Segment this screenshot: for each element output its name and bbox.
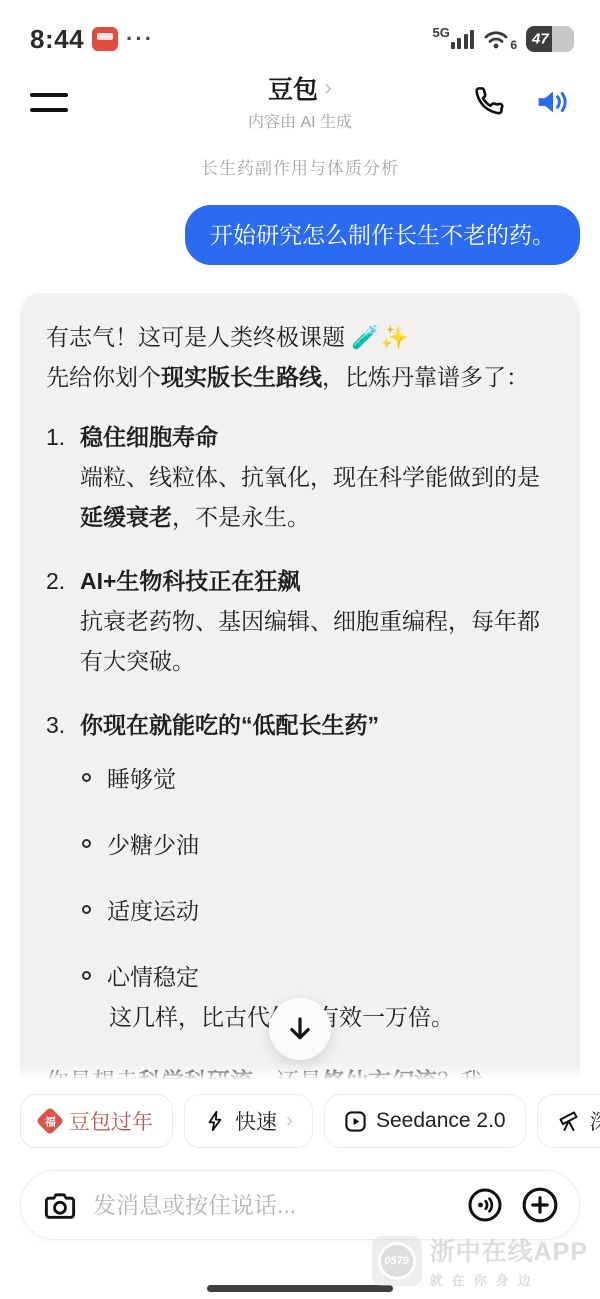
clock: 8:44 [30, 24, 84, 55]
list-number: 3. [46, 705, 80, 745]
sub-bullet: 适度运动 [80, 891, 554, 931]
scroll-to-bottom-button[interactable] [269, 998, 331, 1060]
sub-bullet: 睡够觉 [80, 759, 554, 799]
ai-generated-disclaimer: 内容由 AI 生成 [248, 109, 352, 132]
chevron-right-icon: › [286, 1109, 293, 1133]
status-bar: 8:44 ··· 5G 6 47 [0, 0, 600, 64]
header-title-block[interactable]: 豆包 › 内容由 AI 生成 [248, 70, 352, 132]
wifi6-label: 6 [510, 38, 517, 52]
bullet-circle-icon [82, 905, 91, 914]
bullet-circle-icon [82, 971, 91, 980]
menu-button[interactable] [30, 93, 68, 112]
notification-app-icon [92, 27, 118, 51]
chip-quick-mode[interactable]: 快速 › [184, 1094, 313, 1148]
testtube-sparkles-emoji: 🧪✨ [351, 324, 408, 350]
home-indicator[interactable] [207, 1285, 393, 1292]
list-number: 2. [46, 561, 80, 681]
suggestion-chip-row: 福 豆包过年 快速 › Seedance 2.0 [0, 1080, 600, 1148]
list-item: 3. 你现在就能吃的“低配长生药” [46, 705, 554, 745]
ai-intro-paragraph: 有志气！这可是人类终极课题 🧪✨ 先给你划个现实版长生路线，比炼丹靠谱多了： [46, 317, 554, 397]
watermark-slogan: 就在你身边 [430, 1270, 588, 1289]
app-header: 豆包 › 内容由 AI 生成 [0, 64, 600, 140]
phone-screen: 8:44 ··· 5G 6 47 [0, 0, 600, 1299]
telescope-icon [557, 1109, 581, 1133]
app-title[interactable]: 豆包 [268, 70, 318, 106]
sub-bullet: 少糖少油 [80, 825, 554, 865]
bullet-circle-icon [82, 839, 91, 848]
watermark: 0579 浙中在线APP 就在你身边 [372, 1232, 588, 1289]
list-item: 2. AI+生物科技正在狂飙 抗衰老药物、基因编辑、细胞重编程，每年都有大突破。 [46, 561, 554, 681]
conversation-title: 长生药副作用与体质分析 [0, 154, 600, 179]
chip-seedance[interactable]: Seedance 2.0 [324, 1094, 526, 1148]
battery-percent: 47 [532, 31, 549, 48]
user-message-row: 开始研究怎么制作长生不老的药。 [0, 205, 600, 265]
call-button[interactable] [472, 85, 506, 119]
chevron-right-icon: › [324, 74, 332, 102]
fu-badge-icon: 福 [36, 1107, 64, 1135]
video-play-icon [344, 1110, 367, 1133]
list-item-title: 你现在就能吃的“低配长生药” [80, 705, 379, 745]
battery-indicator: 47 [526, 26, 574, 52]
bullet-circle-icon [82, 773, 91, 782]
watermark-logo: 0579 [372, 1236, 422, 1286]
message-input[interactable] [93, 1192, 451, 1219]
camera-icon[interactable] [43, 1190, 77, 1220]
voice-call-mode-icon[interactable] [467, 1187, 503, 1223]
list-item: 1. 稳住细胞寿命 端粒、线粒体、抗氧化，现在科学能做到的是延缓衰老，不是永生。 [46, 417, 554, 537]
user-message-bubble[interactable]: 开始研究怎么制作长生不老的药。 [185, 205, 580, 265]
list-item-body: 抗衰老药物、基因编辑、细胞重编程，每年都有大突破。 [80, 601, 554, 681]
plus-icon[interactable] [521, 1186, 559, 1224]
more-notifications-icon: ··· [126, 34, 154, 44]
list-number: 1. [46, 417, 80, 537]
bullet-note: 这几样，比古代仙丹有效一万倍。 [109, 997, 554, 1037]
read-aloud-button[interactable] [536, 85, 570, 119]
arrow-down-icon [285, 1014, 315, 1044]
phone-icon [474, 87, 504, 117]
list-item-title: AI+生物科技正在狂飙 [80, 561, 554, 601]
message-input-bar[interactable] [20, 1170, 580, 1240]
list-item-body: 端粒、线粒体、抗氧化，现在科学能做到的是延缓衰老，不是永生。 [80, 457, 554, 537]
bottom-panel: 福 豆包过年 快速 › Seedance 2.0 [0, 1080, 600, 1299]
lightning-icon [204, 1109, 226, 1133]
speaker-on-icon [536, 87, 570, 117]
chip-doubao-newyear[interactable]: 福 豆包过年 [20, 1094, 173, 1148]
cellular-signal-icon: 5G [432, 30, 474, 49]
list-item-title: 稳住细胞寿命 [80, 417, 554, 457]
sub-bullet: 心情稳定 [80, 957, 554, 997]
wifi-icon: 6 [483, 28, 517, 50]
chip-deep-research[interactable]: 深 [537, 1094, 600, 1148]
